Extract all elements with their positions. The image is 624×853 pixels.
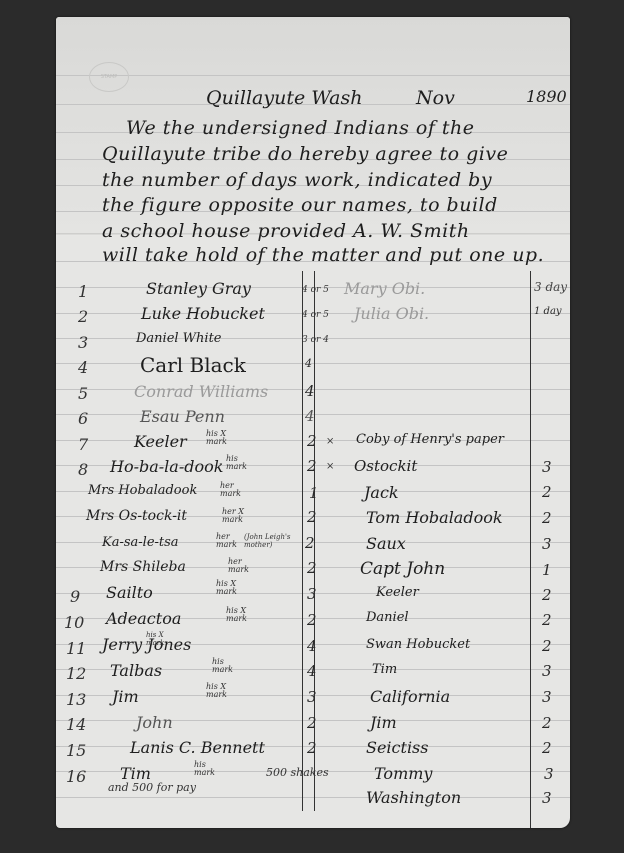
- signature-mark: his X mark: [216, 580, 248, 596]
- days-value: 3 or 4: [302, 335, 329, 345]
- body-line-4: the figure opposite our names, to build: [102, 194, 498, 216]
- right-signer-name: Ostockit: [354, 457, 417, 475]
- right-days-value: 2: [542, 714, 552, 732]
- body-line-6: will take hold of the matter and put one…: [102, 244, 544, 266]
- row-number: 10: [64, 613, 84, 632]
- signer-name: Mrs Shileba: [100, 559, 186, 575]
- right-signer-name: Jim: [370, 713, 397, 732]
- right-signer-name: Keeler: [376, 585, 419, 600]
- ruled-line: [56, 797, 570, 798]
- contribution-note: 500 shakes: [266, 766, 329, 779]
- heading-month: Nov: [416, 87, 455, 109]
- days-value: 4 or 5: [302, 285, 329, 295]
- right-signer-name: Jack: [364, 483, 399, 502]
- signature-mark: her mark: [220, 482, 252, 498]
- right-days-value: 1 day: [534, 306, 562, 317]
- signature-mark: her mark: [216, 533, 240, 549]
- row-number: 3: [78, 333, 88, 352]
- days-value: 4 or 5: [302, 310, 329, 320]
- right-days-value: 3: [542, 688, 552, 706]
- x-mark: ×: [326, 436, 334, 447]
- right-signer-name: Mary Obi.: [344, 279, 425, 298]
- body-line-1: We the undersigned Indians of the: [126, 117, 475, 139]
- row-number: 1: [78, 282, 88, 301]
- signature-mark: his X mark: [206, 430, 238, 446]
- right-signer-name: Saux: [366, 534, 406, 553]
- days-value: 2: [307, 611, 317, 629]
- right-signer-name: Tim: [372, 662, 397, 677]
- days-value: 4: [307, 637, 317, 655]
- row-number: 15: [66, 741, 86, 760]
- row-number: 6: [78, 409, 88, 428]
- right-days-value: 1: [542, 561, 552, 579]
- right-signer-name: Washington: [366, 788, 461, 807]
- signer-name: Mrs Os-tock-it: [86, 508, 187, 524]
- row-number: 16: [66, 767, 86, 786]
- signer-name: Daniel White: [136, 331, 222, 346]
- signer-name: Carl Black: [140, 353, 246, 377]
- days-value: 2: [307, 457, 317, 475]
- signature-mark: her X mark: [222, 508, 254, 524]
- days-value: 2: [305, 534, 315, 552]
- right-days-value: 3: [542, 662, 552, 680]
- row-number: 4: [78, 358, 88, 377]
- signer-name: Keeler: [134, 432, 187, 451]
- right-signer-name: Swan Hobucket: [366, 637, 470, 652]
- right-signer-name: Julia Obi.: [354, 304, 429, 323]
- days-value: 1: [309, 484, 319, 502]
- body-line-5: a school house provided A. W. Smith: [102, 220, 470, 242]
- x-mark: ×: [326, 461, 334, 472]
- signature-mark: his X mark: [146, 631, 178, 647]
- row-number: 9: [70, 587, 80, 606]
- days-value: 4: [305, 382, 315, 400]
- right-signer-name: Tommy: [374, 764, 432, 783]
- days-value: 2: [307, 432, 317, 450]
- signature-mark: his X mark: [226, 607, 258, 623]
- ruled-line: [56, 363, 570, 364]
- right-signer-name: Seictiss: [366, 738, 428, 757]
- days-value: 4: [305, 357, 312, 370]
- row-number: 5: [78, 384, 88, 403]
- signer-name: Stanley Gray: [146, 279, 251, 298]
- document-page: STAMP Quillayute Wash Nov 1890 We the un…: [56, 17, 570, 828]
- days-value: 2: [307, 714, 317, 732]
- days-value: 3: [307, 688, 317, 706]
- days-value: 2: [307, 508, 317, 526]
- right-days-value: 3 day: [534, 280, 567, 294]
- signer-name: Conrad Williams: [134, 382, 268, 401]
- signer-name: John: [136, 713, 173, 732]
- signature-mark: his X mark: [206, 683, 238, 699]
- right-signer-name: Tom Hobaladook: [366, 508, 503, 527]
- signer-name: Esau Penn: [140, 407, 225, 426]
- signature-mark: his mark: [226, 455, 258, 471]
- right-signer-name: California: [370, 687, 450, 706]
- right-days-value: 2: [542, 586, 552, 604]
- right-days-column-divider: [530, 271, 531, 828]
- right-days-value: 3: [544, 765, 554, 783]
- signer-name: Jim: [112, 687, 139, 706]
- signer-name: Lanis C. Bennett: [130, 738, 265, 757]
- days-value: 4: [307, 662, 317, 680]
- row-number: 11: [66, 639, 86, 658]
- body-line-2: Quillayute tribe do hereby agree to give: [102, 143, 508, 165]
- right-signer-name: Daniel: [366, 610, 409, 625]
- right-days-value: 2: [542, 637, 552, 655]
- right-days-value: 3: [542, 535, 552, 553]
- right-days-value: 2: [542, 509, 552, 527]
- annotation-note: (John Leigh's mother): [244, 533, 296, 549]
- signer-name: Luke Hobucket: [141, 304, 265, 323]
- right-days-value: 3: [542, 789, 552, 807]
- signer-name: Talbas: [110, 661, 162, 680]
- row-number: 7: [78, 435, 88, 454]
- row-number: 8: [78, 460, 88, 479]
- signature-mark: his mark: [212, 658, 244, 674]
- row-number: 2: [78, 307, 88, 326]
- row-number: 12: [66, 664, 86, 683]
- right-days-value: 2: [542, 611, 552, 629]
- signature-mark: her mark: [228, 558, 260, 574]
- signer-name: Ka-sa-le-tsa: [102, 535, 179, 550]
- embossed-stamp: STAMP: [89, 62, 129, 92]
- signer-name: Adeactoa: [106, 609, 181, 628]
- heading-year: 1890: [526, 87, 567, 106]
- right-days-value: 2: [542, 739, 552, 757]
- signature-mark: his mark: [194, 761, 226, 777]
- row-number: 14: [66, 715, 86, 734]
- body-line-3: the number of days work, indicated by: [102, 169, 492, 191]
- right-days-value: 2: [542, 483, 552, 501]
- days-value: 3: [307, 585, 317, 603]
- signer-name: Ho-ba-la-dook: [110, 457, 223, 476]
- days-value: 2: [307, 739, 317, 757]
- right-days-value: 3: [542, 458, 552, 476]
- right-signer-name: Coby of Henry's paper: [356, 432, 504, 447]
- row-number: 13: [66, 690, 86, 709]
- signer-name: Sailto: [106, 583, 153, 602]
- signer-name: Mrs Hobaladook: [88, 483, 197, 498]
- right-signer-name: Capt John: [360, 559, 445, 579]
- ruled-line: [56, 75, 570, 76]
- days-value: 4: [305, 407, 315, 425]
- days-column-left-divider: [302, 271, 303, 811]
- days-value: 2: [307, 559, 317, 577]
- contribution-subline: and 500 for pay: [108, 781, 196, 794]
- heading-place: Quillayute Wash: [206, 87, 362, 109]
